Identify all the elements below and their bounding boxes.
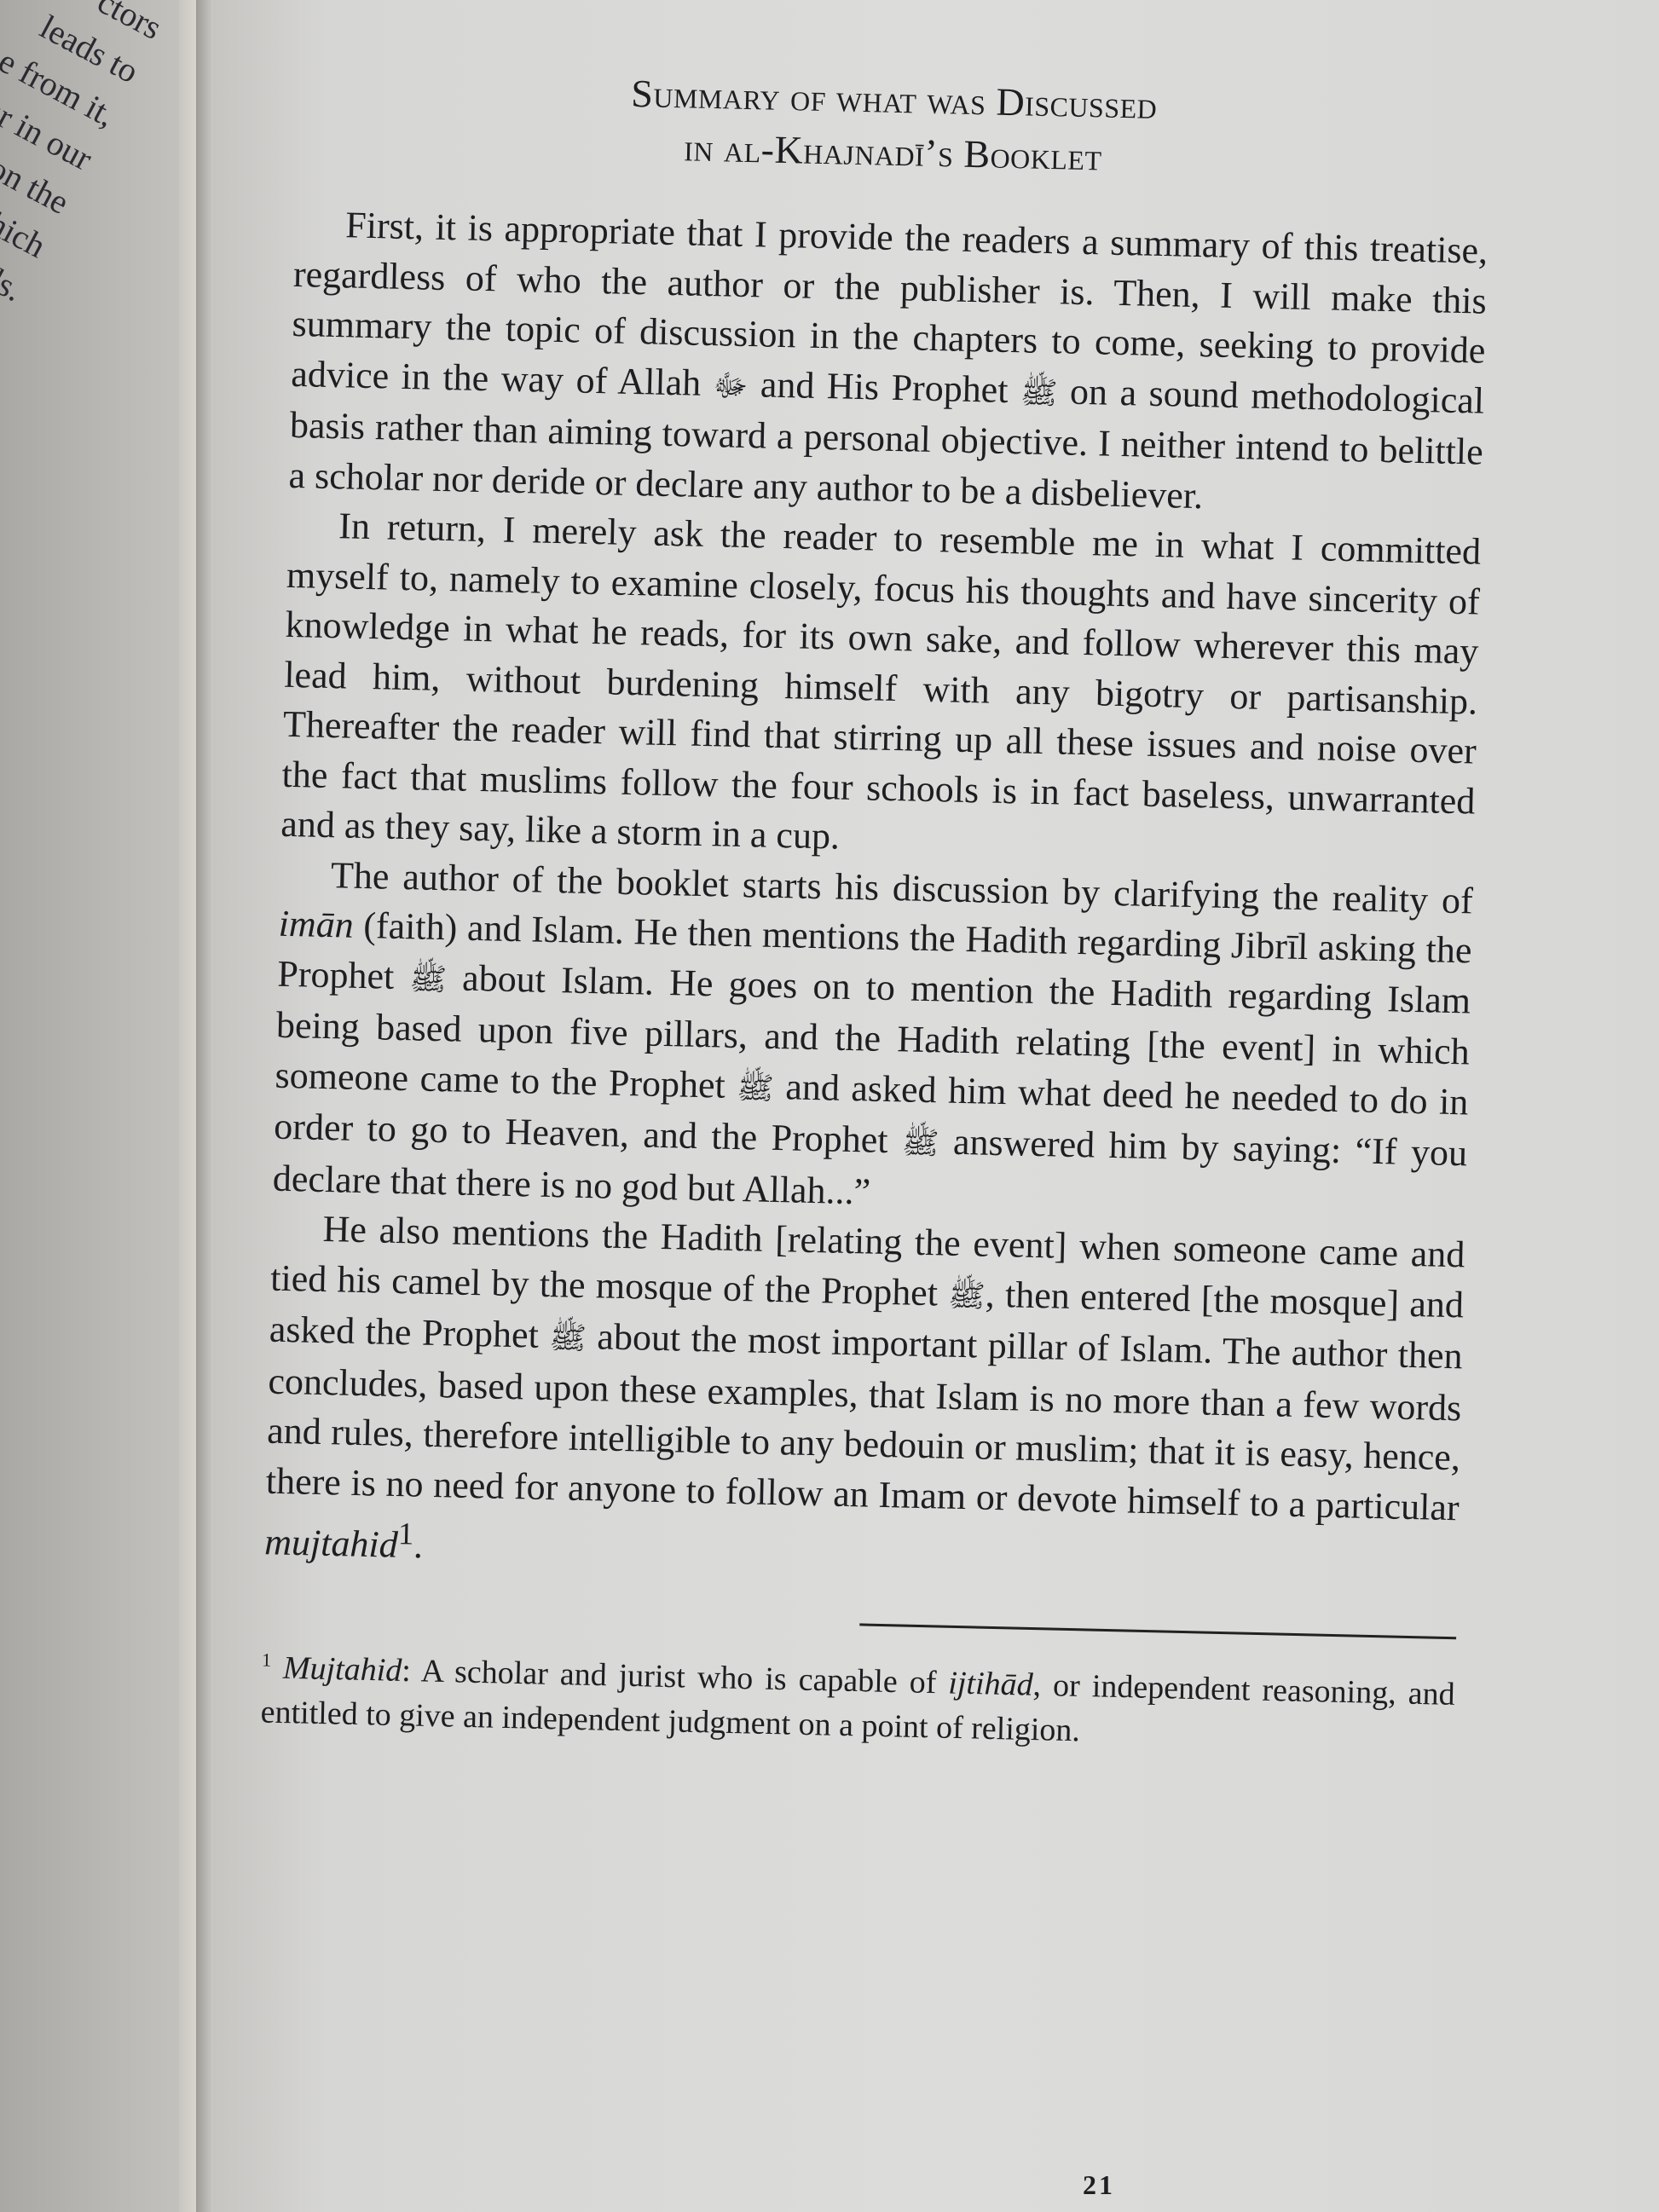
footnote: 1 Mujtahid: A scholar and jurist who is … bbox=[260, 1638, 1455, 1761]
footnote-divider bbox=[859, 1624, 1456, 1640]
paragraph-1: First, it is appropriate that I provide … bbox=[288, 199, 1488, 528]
left-page-text: ctors leads to e me from it, ncour in ou… bbox=[0, 0, 171, 447]
footnote-marker: 1 bbox=[262, 1649, 272, 1671]
footnote-term: Mujtahid bbox=[283, 1650, 402, 1689]
page-number: 21 bbox=[1083, 2169, 1115, 2201]
honorific-allah-icon: ﷻ bbox=[713, 368, 749, 403]
page-edge bbox=[179, 0, 196, 2212]
honorific-prophet-icon: ﷺ bbox=[549, 1320, 587, 1355]
honorific-prophet-icon: ﷺ bbox=[902, 1125, 939, 1160]
right-page: Summary of what was Discussed in al-Khaj… bbox=[213, 0, 1659, 2212]
honorific-prophet-icon: ﷺ bbox=[737, 1070, 774, 1105]
paragraph-4: He also mentions the Hadith [relating th… bbox=[264, 1204, 1465, 1595]
paragraph-2: In return, I merely ask the reader to re… bbox=[280, 500, 1482, 876]
footnote-ref: 1 bbox=[398, 1516, 414, 1551]
honorific-prophet-icon: ﷺ bbox=[1020, 375, 1058, 410]
text-span: . bbox=[413, 1524, 423, 1566]
honorific-prophet-icon: ﷺ bbox=[948, 1278, 986, 1313]
left-page: ctors leads to e me from it, ncour in ou… bbox=[0, 0, 196, 2212]
italic-term: ijtihād bbox=[948, 1666, 1033, 1703]
book-gutter bbox=[196, 0, 213, 2212]
italic-term: mujtahid bbox=[264, 1521, 399, 1566]
honorific-prophet-icon: ﷺ bbox=[409, 962, 447, 996]
paragraph-3: The author of the booklet starts his dis… bbox=[272, 849, 1473, 1230]
italic-term: imān bbox=[278, 903, 354, 946]
chapter-title: Summary of what was Discussed in al-Khaj… bbox=[296, 60, 1491, 193]
page-content: Summary of what was Discussed in al-Khaj… bbox=[260, 51, 1491, 1761]
text-span: : A scholar and jurist who is capable of bbox=[402, 1653, 949, 1701]
text-span: and His Prophet bbox=[748, 363, 1021, 411]
